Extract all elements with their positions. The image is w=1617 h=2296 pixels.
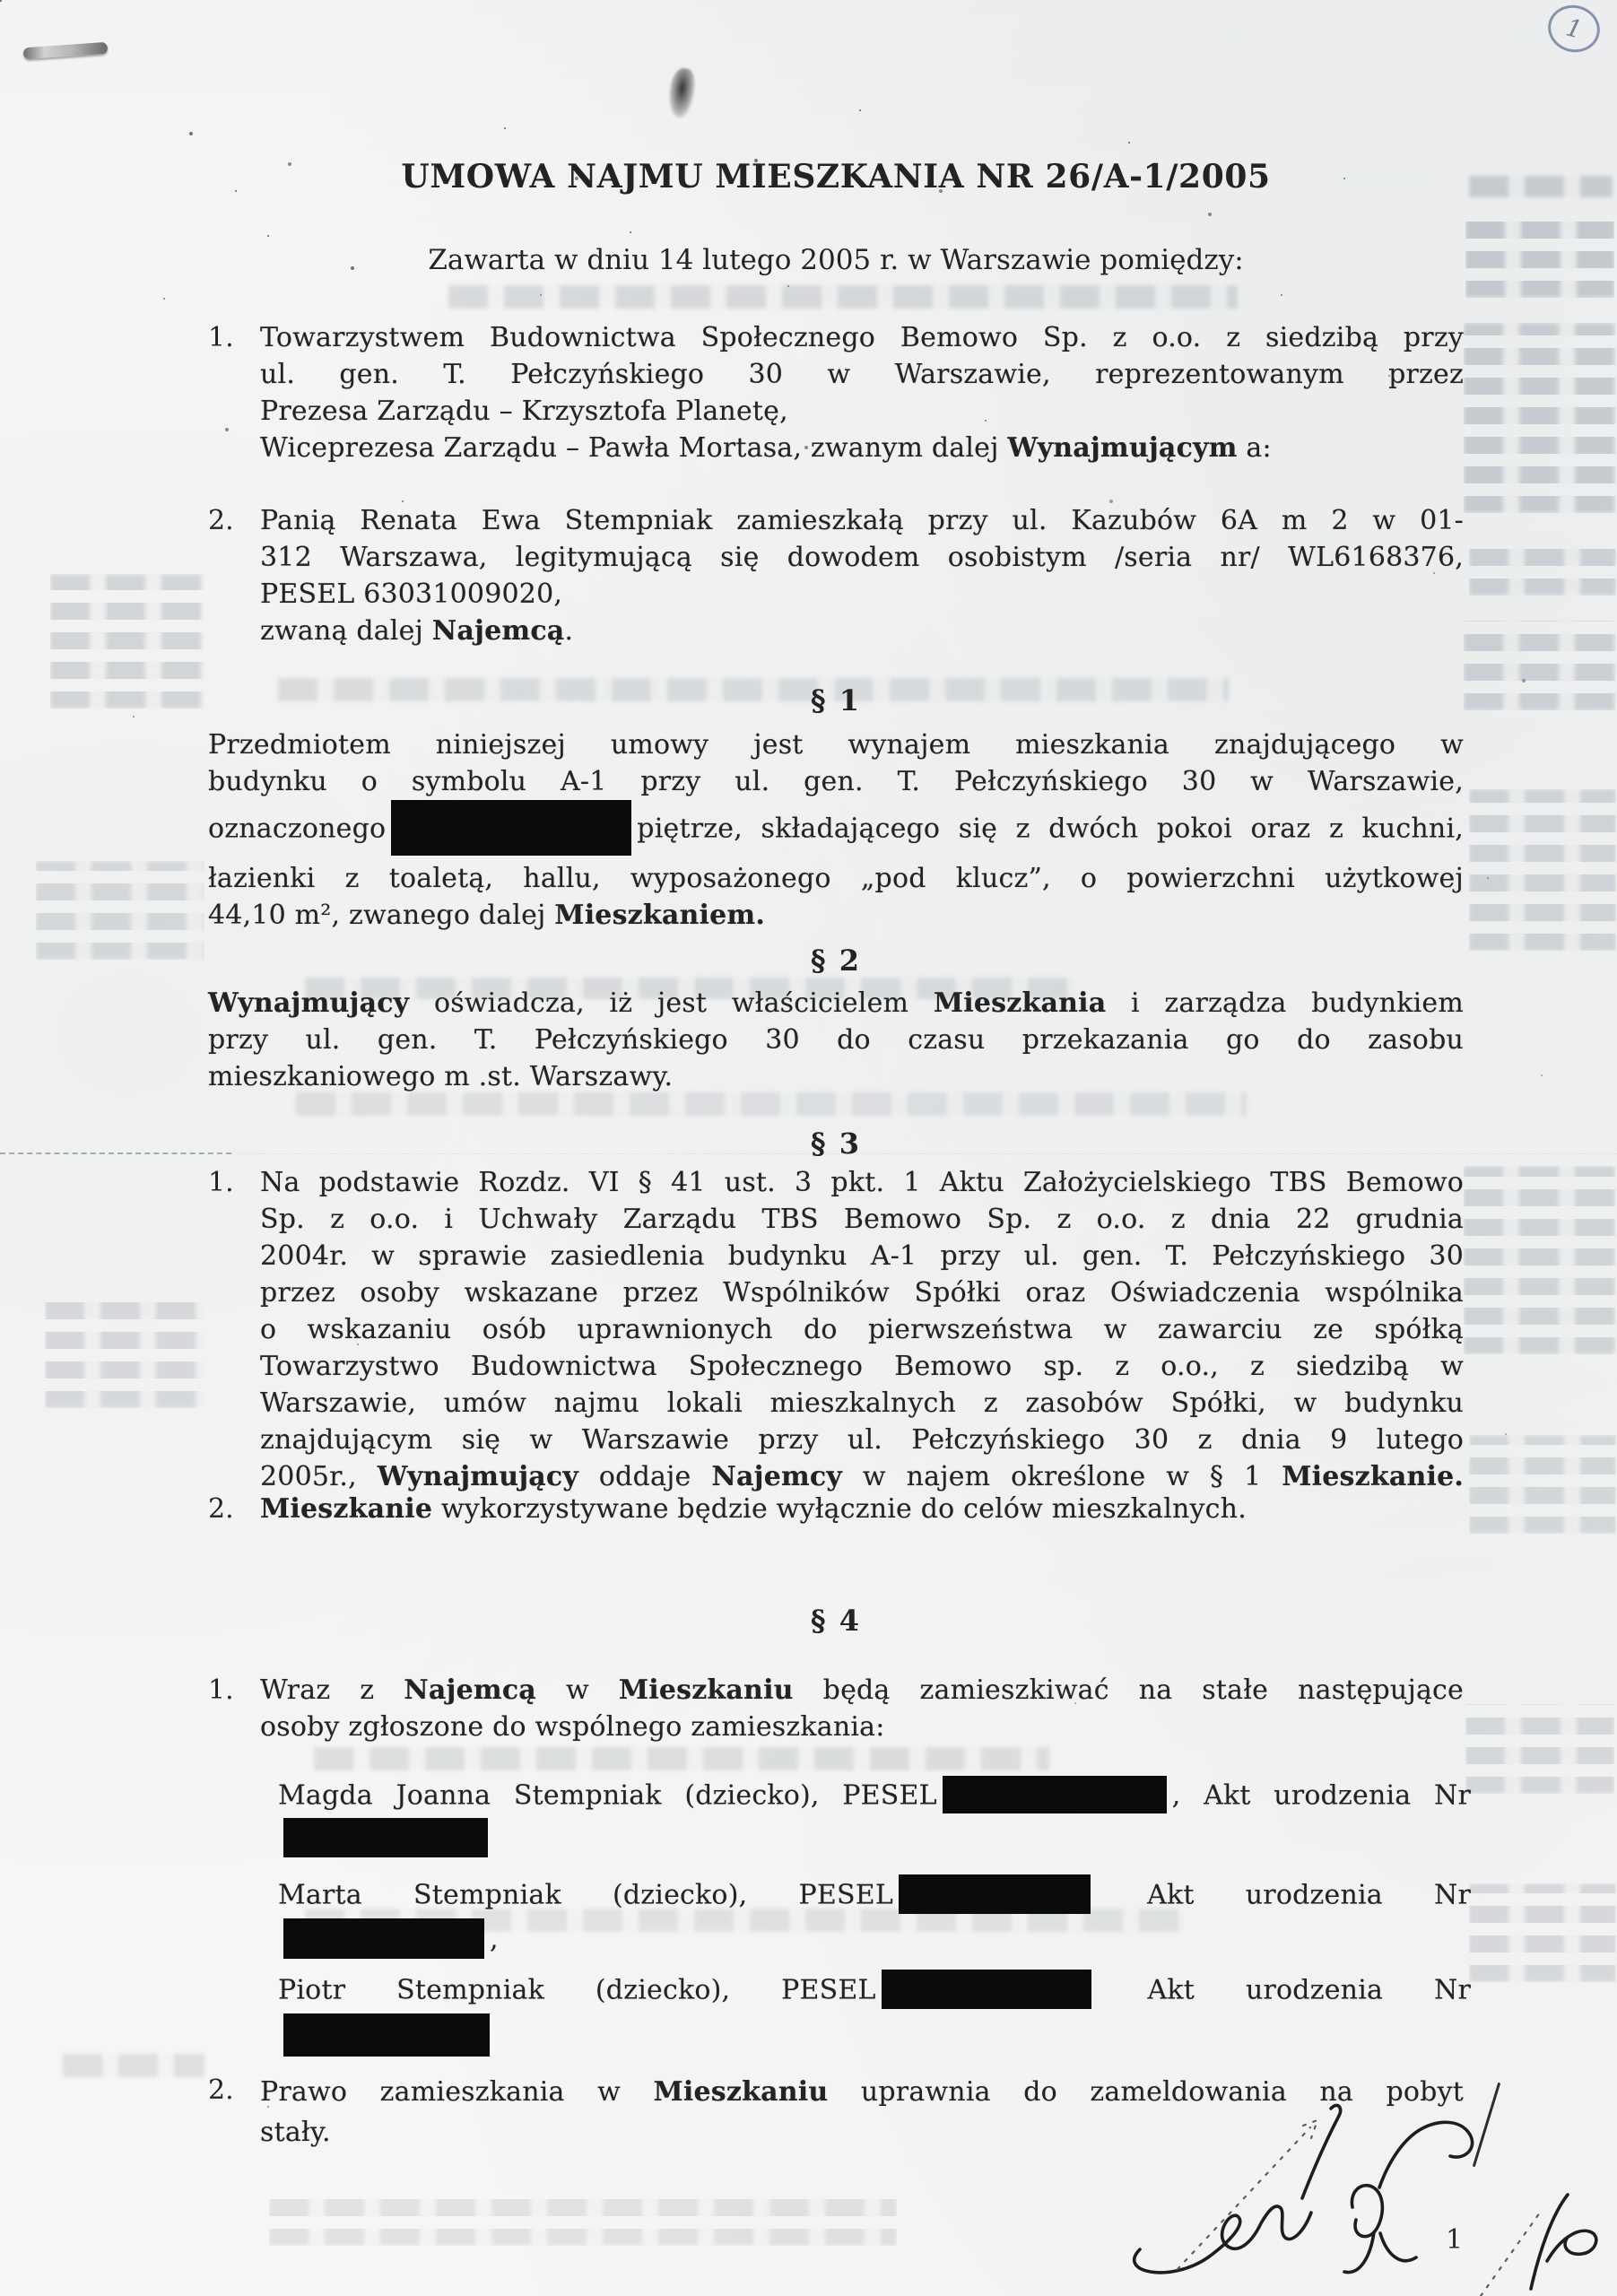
section-1-heading: § 1 — [208, 683, 1464, 717]
list-number: 1. — [208, 1164, 260, 1495]
text-line: 2004r. w sprawie zasiedlenia budynku A-1… — [260, 1238, 1464, 1274]
list-number: 1. — [208, 319, 260, 466]
section-1-paragraph: Przedmiotem niniejszej umowy jest wynaje… — [208, 726, 1464, 934]
text-segment: Panią Renata Ewa Stempniak zamieszkałą p… — [260, 505, 1464, 536]
scanned-contract-page: 1 UMOWA NAJMU MIESZKANIA NR 26/A-1/2005 … — [0, 0, 1617, 2296]
text-segment: oznaczonego — [208, 813, 386, 845]
text-segment: Warszawie, umów najmu lokali mieszkalnyc… — [260, 1387, 1464, 1419]
text-segment: znajdującym się w Warszawie przy ul. Peł… — [260, 1424, 1464, 1456]
bleedthrough-text — [45, 1291, 204, 1408]
text-line: Sp. z o.o. i Uchwały Zarządu TBS Bemowo … — [260, 1201, 1464, 1238]
bleedthrough-text — [1469, 538, 1616, 596]
text-segment: osoby zgłoszone do wspólnego zamieszkani… — [260, 1711, 885, 1743]
text-segment: Wiceprezesa Zarządu – Pawła Mortasa, zwa… — [260, 432, 1007, 464]
resident-entry-marta: Marta Stempniak (dziecko), PESEL Akt uro… — [278, 1874, 1471, 1963]
text-line: przez osoby wskazane przez Wspólników Sp… — [260, 1274, 1464, 1311]
text-segment: Mieszkanie. — [1282, 1461, 1464, 1492]
text-line: Magda Joanna Stempniak (dziecko), PESEL,… — [278, 1776, 1471, 1818]
redaction-box — [283, 1818, 488, 1857]
text-segment: przy ul. gen. T. Pełczyńskiego 30 do cza… — [208, 1024, 1464, 1056]
section-2-paragraph: Wynajmujący oświadcza, iż jest właścicie… — [208, 985, 1464, 1095]
section-4-item-1: 1. Wraz z Najemcą w Mieszkaniu będą zami… — [208, 1672, 1464, 1745]
text-line: Towarzystwem Budownictwa Społecznego Bem… — [260, 319, 1464, 356]
text-segment: Mieszkaniu — [654, 2076, 829, 2108]
text-segment: Przedmiotem niniejszej umowy jest wynaje… — [208, 729, 1464, 761]
scan-noise — [0, 0, 2, 2]
text-segment: o wskazaniu osób uprawnionych do pierwsz… — [260, 1314, 1464, 1345]
text-segment: Wynajmujący — [208, 987, 409, 1019]
page-corner-annotation: 1 — [1543, 0, 1605, 57]
section-3-item-1: 1. Na podstawie Rozdz. VI § 41 ust. 3 pk… — [208, 1164, 1464, 1495]
text-line: osoby zgłoszone do wspólnego zamieszkani… — [260, 1709, 1464, 1745]
redaction-box — [899, 1874, 1091, 1914]
text-segment: zwaną dalej — [260, 615, 432, 647]
text-segment: 2005r., — [260, 1461, 378, 1492]
text-segment: 312 Warszawa, legitymującą się dowodem o… — [260, 542, 1464, 573]
text-segment: Prawo zamieszkania w — [260, 2076, 654, 2108]
section-3-item-2: 2. Mieszkanie wykorzystywane będzie wyłą… — [208, 1491, 1464, 1527]
text-segment: . — [564, 615, 573, 647]
text-line: Wiceprezesa Zarządu – Pawła Mortasa, zwa… — [260, 430, 1464, 466]
bleedthrough-text — [1464, 323, 1616, 513]
list-number: 2. — [208, 1491, 260, 1527]
text-segment: PESEL 63031009020, — [260, 578, 562, 610]
text-segment: Wynajmującym — [1007, 432, 1237, 464]
text-line: Na podstawie Rozdz. VI § 41 ust. 3 pkt. … — [260, 1164, 1464, 1201]
text-line: znajdującym się w Warszawie przy ul. Peł… — [260, 1422, 1464, 1458]
text-segment: Sp. z o.o. i Uchwały Zarządu TBS Bemowo … — [260, 1204, 1464, 1235]
text-segment: ul. gen. T. Pełczyńskiego 30 w Warszawie… — [260, 359, 1464, 390]
text-segment: Wynajmujący — [378, 1461, 578, 1492]
text-segment: Najemcą — [404, 1674, 536, 1706]
redaction-box — [943, 1776, 1167, 1813]
text-segment: Mieszkania — [934, 987, 1107, 1019]
text-segment: łazienki z toaletą, hallu, wyposażonego … — [208, 863, 1464, 894]
redaction-box — [391, 800, 631, 856]
text-segment: przez osoby wskazane przez Wspólników Sp… — [260, 1277, 1464, 1309]
text-line: mieszkaniowego m .st. Warszawy. — [208, 1058, 1464, 1095]
text-segment: Towarzystwem Budownictwa Społecznego Bem… — [260, 322, 1464, 353]
document-subtitle: Zawarta w dniu 14 lutego 2005 r. w Warsz… — [208, 244, 1464, 276]
text-line: przy ul. gen. T. Pełczyńskiego 30 do cza… — [208, 1022, 1464, 1058]
text-segment: Towarzystwo Budownictwa Społecznego Bemo… — [260, 1351, 1464, 1382]
text-segment: 44,10 m², zwanego dalej — [208, 900, 554, 931]
fold-crease — [0, 1152, 231, 1154]
party-tenant-text: Panią Renata Ewa Stempniak zamieszkałą p… — [260, 502, 1464, 649]
bleedthrough-text — [1469, 1883, 1616, 1982]
staple-mark — [23, 42, 109, 60]
text-segment: Mieszkanie — [260, 1493, 432, 1525]
text-segment: oddaje — [578, 1461, 711, 1492]
text-segment: , Akt urodzenia Nr — [1172, 1780, 1471, 1812]
text-segment: Na podstawie Rozdz. VI § 41 ust. 3 pkt. … — [260, 1167, 1464, 1198]
text-line: ul. gen. T. Pełczyńskiego 30 w Warszawie… — [260, 356, 1464, 393]
section-4-heading: § 4 — [208, 1604, 1464, 1638]
text-line: Warszawie, umów najmu lokali mieszkalnyc… — [260, 1385, 1464, 1422]
party-tenant: 2. Panią Renata Ewa Stempniak zamieszkał… — [208, 502, 1464, 649]
text-line: o wskazaniu osób uprawnionych do pierwsz… — [260, 1311, 1464, 1348]
text-line: Piotr Stempniak (dziecko), PESEL Akt uro… — [278, 1970, 1471, 2013]
text-segment: Prezesa Zarządu – Krzysztofa Planetę, — [260, 396, 788, 427]
bleedthrough-text — [1469, 1435, 1616, 1534]
bleedthrough-text — [36, 861, 204, 960]
text-segment: Magda Joanna Stempniak (dziecko), PESEL — [278, 1780, 937, 1812]
text-segment: oświadcza, iż jest właścicielem — [409, 987, 934, 1019]
ink-smudge — [666, 67, 698, 120]
text-segment: Akt urodzenia Nr — [1097, 1975, 1471, 2006]
text-segment: piętrze, składającego się z dwóch pokoi … — [637, 813, 1464, 845]
text-segment: , — [490, 1924, 499, 1955]
bleedthrough-text — [1465, 1704, 1614, 1794]
list-number: 2. — [208, 2072, 260, 2152]
bleedthrough-text — [1469, 176, 1613, 197]
text-line: budynku o symbolu A-1 przy ul. gen. T. P… — [208, 763, 1464, 800]
text-line: PESEL 63031009020, — [260, 576, 1464, 613]
text-line: oznaczonegopiętrze, składającego się z d… — [208, 800, 1464, 860]
section-3-item-1-text: Na podstawie Rozdz. VI § 41 ust. 3 pkt. … — [260, 1164, 1464, 1495]
section-3-heading: § 3 — [208, 1126, 1464, 1161]
text-line — [278, 1818, 1471, 1862]
text-line: 44,10 m², zwanego dalej Mieszkaniem. — [208, 897, 1464, 934]
text-segment: stały. — [260, 2117, 331, 2148]
text-line: zwaną dalej Najemcą. — [260, 613, 1464, 649]
text-segment: w najem określone w § 1 — [842, 1461, 1282, 1492]
text-segment: Akt urodzenia Nr — [1096, 1880, 1471, 1911]
bleedthrough-text — [1464, 1166, 1616, 1354]
text-line: Prezesa Zarządu – Krzysztofa Planetę, — [260, 393, 1464, 430]
text-line: , — [278, 1918, 1471, 1963]
redaction-box — [283, 2013, 490, 2057]
document-title: UMOWA NAJMU MIESZKANIA NR 26/A-1/2005 — [208, 158, 1464, 196]
text-line: Panią Renata Ewa Stempniak zamieszkałą p… — [260, 502, 1464, 539]
text-segment: Marta Stempniak (dziecko), PESEL — [278, 1880, 893, 1911]
bleedthrough-text — [269, 2188, 897, 2246]
text-segment: Mieszkaniu — [619, 1674, 794, 1706]
list-number: 2. — [208, 502, 260, 649]
text-segment: Piotr Stempniak (dziecko), PESEL — [278, 1975, 876, 2006]
bleedthrough-text — [296, 1092, 1247, 1116]
text-segment: będą zamieszkiwać na stałe następujące — [794, 1674, 1464, 1706]
bleedthrough-text — [1465, 212, 1614, 298]
bleedthrough-text — [50, 574, 204, 709]
text-segment: wykorzystywane będzie wyłącznie do celów… — [432, 1493, 1247, 1525]
page-number: 1 — [1446, 2224, 1463, 2256]
party-landlord: 1. Towarzystwem Budownictwa Społecznego … — [208, 319, 1464, 466]
bleedthrough-text — [1469, 789, 1616, 951]
text-line: Wraz z Najemcą w Mieszkaniu będą zamiesz… — [260, 1672, 1464, 1709]
text-segment: a: — [1238, 432, 1272, 464]
text-line: Mieszkanie wykorzystywane będzie wyłączn… — [260, 1491, 1464, 1527]
text-line — [278, 2013, 1471, 2061]
text-segment: budynku o symbolu A-1 przy ul. gen. T. P… — [208, 766, 1464, 797]
text-line: Wynajmujący oświadcza, iż jest właścicie… — [208, 985, 1464, 1022]
text-segment: mieszkaniowego m .st. Warszawy. — [208, 1061, 673, 1092]
section-3-item-2-text: Mieszkanie wykorzystywane będzie wyłączn… — [260, 1491, 1464, 1527]
redaction-box — [283, 1918, 484, 1959]
section-2-heading: § 2 — [208, 944, 1464, 978]
text-line: 312 Warszawa, legitymującą się dowodem o… — [260, 539, 1464, 576]
corner-number: 1 — [1563, 13, 1585, 44]
handwritten-signature — [1126, 2081, 1614, 2296]
list-number: 1. — [208, 1672, 260, 1745]
bleedthrough-text — [63, 2054, 204, 2077]
bleedthrough-text — [1464, 621, 1616, 710]
text-line: łazienki z toaletą, hallu, wyposażonego … — [208, 860, 1464, 897]
text-segment: 2004r. w sprawie zasiedlenia budynku A-1… — [260, 1240, 1464, 1272]
text-segment: Najemcą — [432, 615, 565, 647]
resident-entry-magda: Magda Joanna Stempniak (dziecko), PESEL,… — [278, 1776, 1471, 1862]
text-segment: Mieszkaniem. — [554, 900, 765, 931]
bleedthrough-text — [314, 1747, 1049, 1770]
party-landlord-text: Towarzystwem Budownictwa Społecznego Bem… — [260, 319, 1464, 466]
text-line: Marta Stempniak (dziecko), PESEL Akt uro… — [278, 1874, 1471, 1918]
text-segment: Najemcy — [711, 1461, 842, 1492]
text-line: Towarzystwo Budownictwa Społecznego Bemo… — [260, 1348, 1464, 1385]
bleedthrough-text — [448, 285, 1238, 309]
text-segment: i zarządza budynkiem — [1106, 987, 1464, 1019]
text-segment: w — [536, 1674, 619, 1706]
text-segment: Wraz z — [260, 1674, 404, 1706]
section-4-item-1-text: Wraz z Najemcą w Mieszkaniu będą zamiesz… — [260, 1672, 1464, 1745]
text-line: 2005r., Wynajmujący oddaje Najemcy w naj… — [260, 1458, 1464, 1495]
resident-entry-piotr: Piotr Stempniak (dziecko), PESEL Akt uro… — [278, 1970, 1471, 2061]
redaction-box — [882, 1970, 1091, 2009]
text-line: Przedmiotem niniejszej umowy jest wynaje… — [208, 726, 1464, 763]
